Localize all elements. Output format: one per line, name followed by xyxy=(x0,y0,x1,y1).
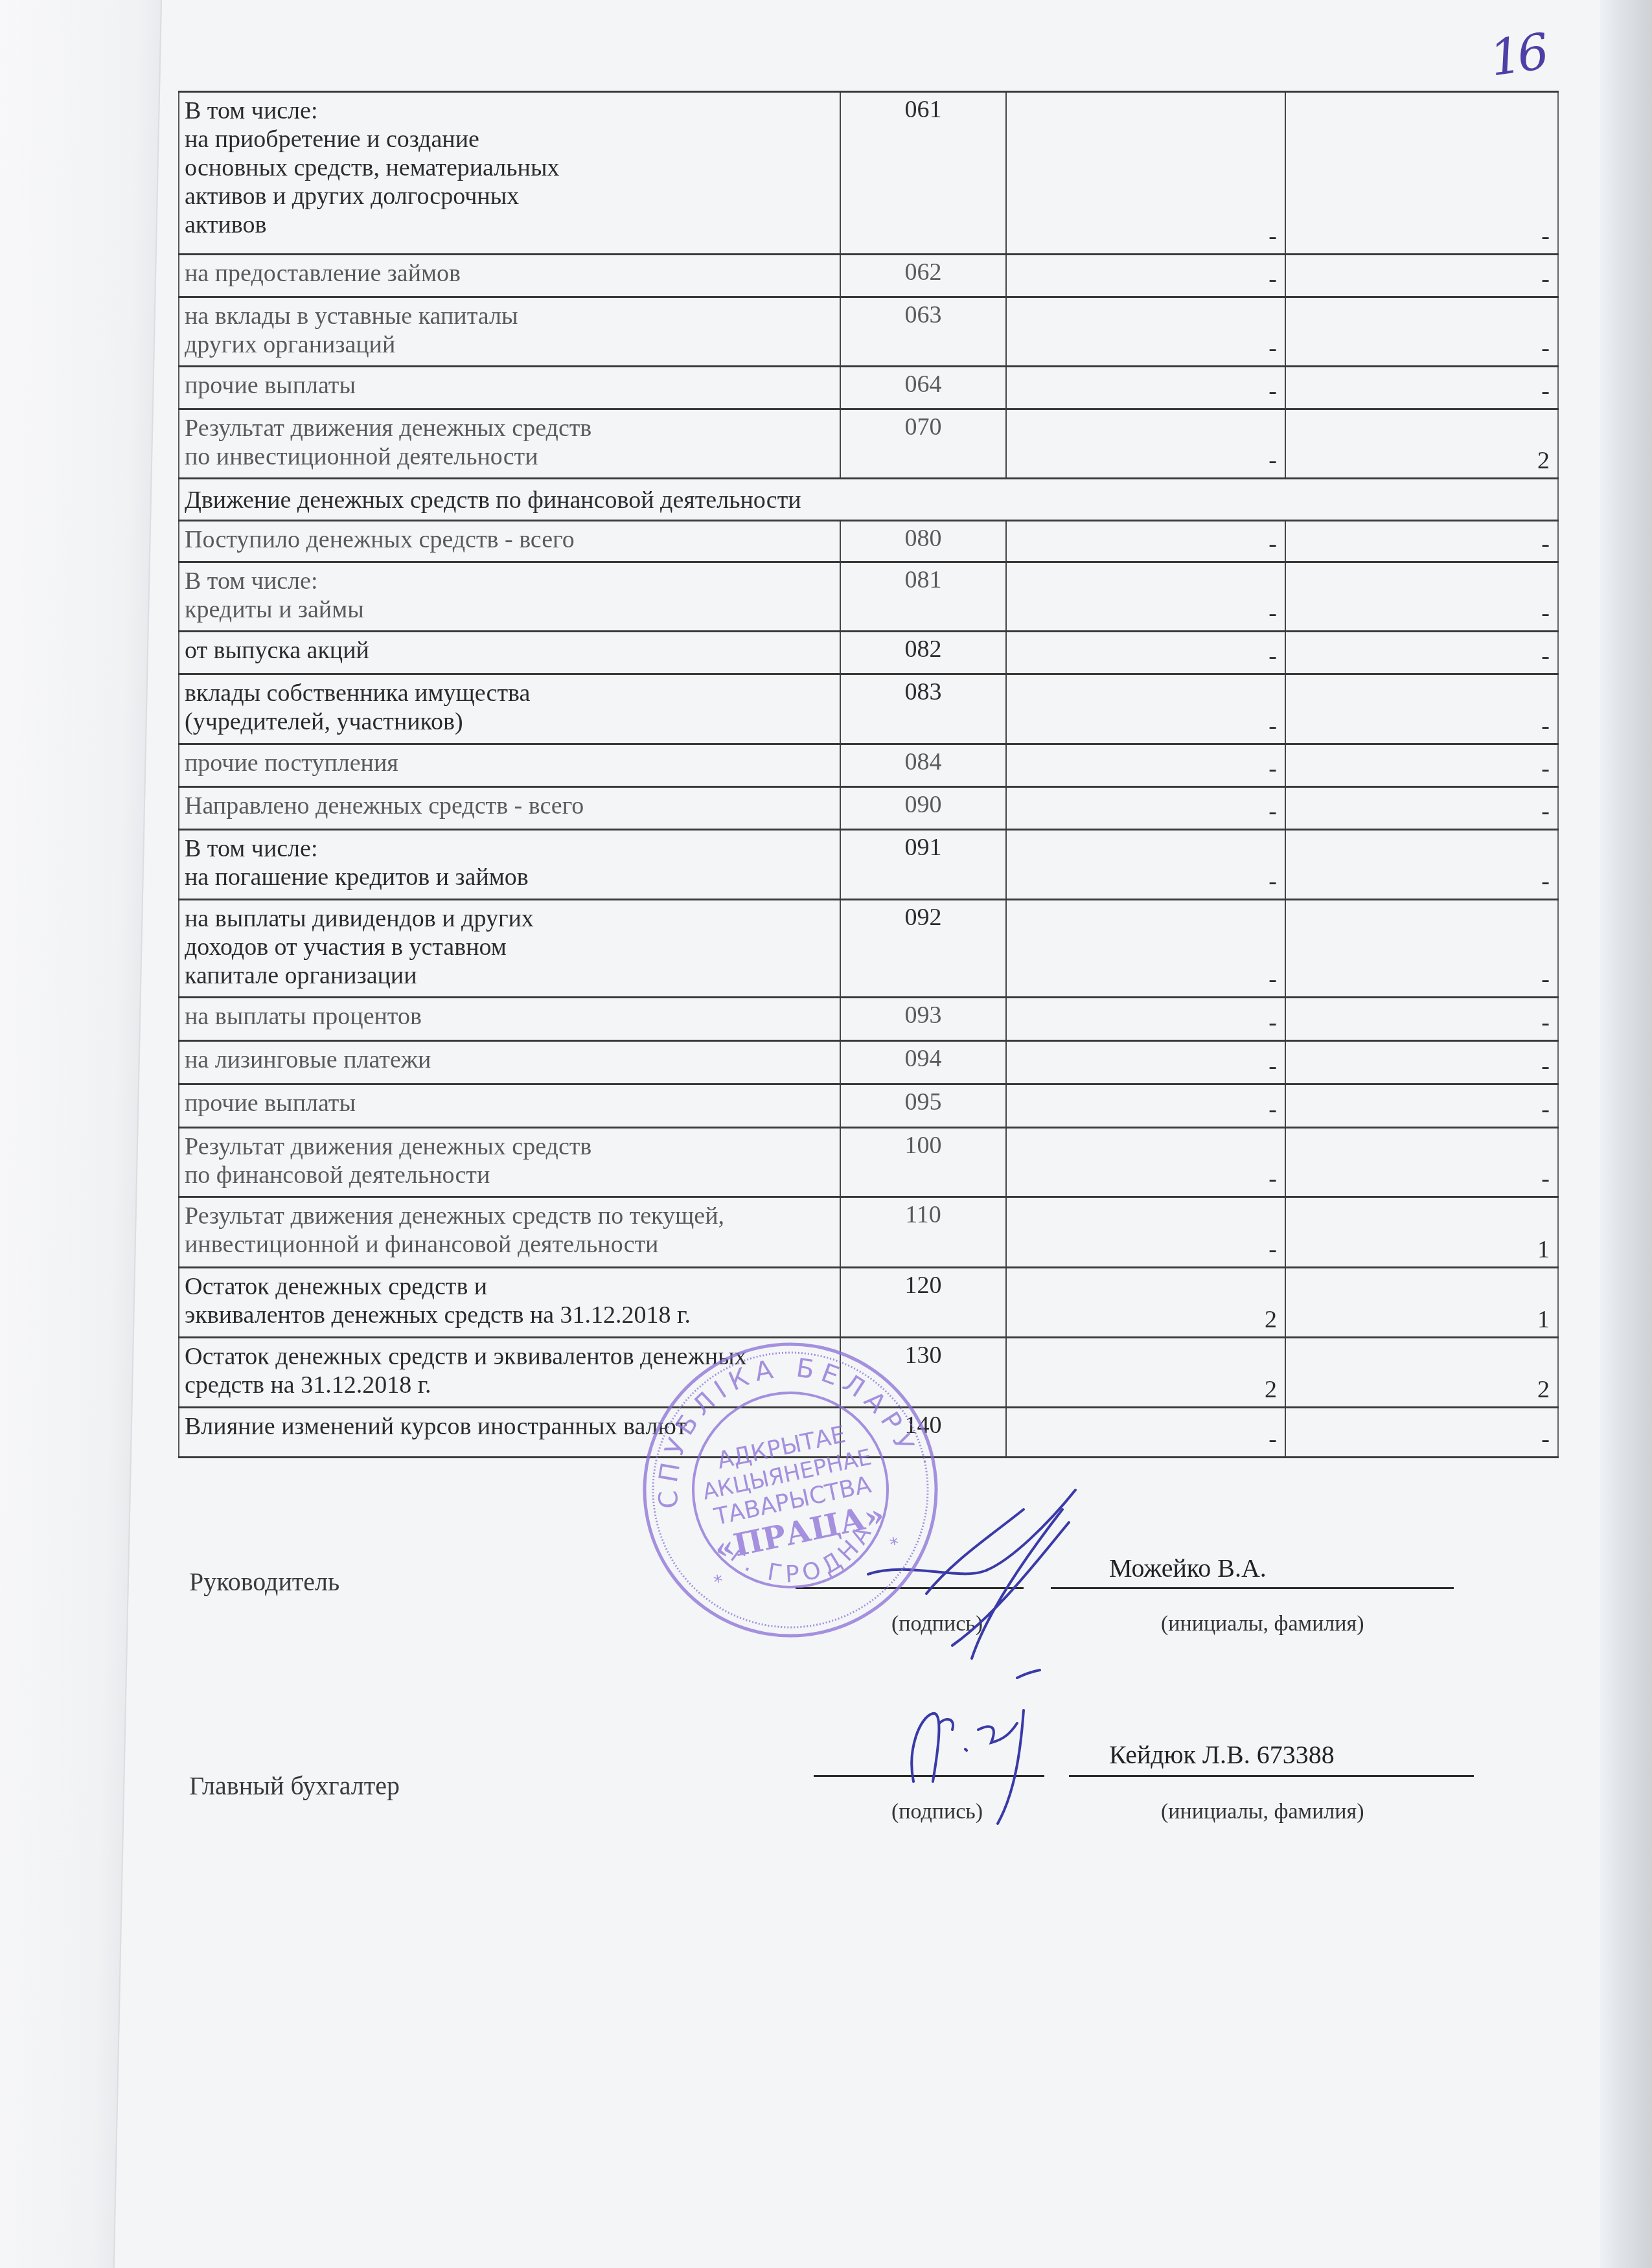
value-current-period: - xyxy=(1005,367,1285,408)
value-current-period-text: - xyxy=(1268,797,1277,826)
row-code: 062 xyxy=(840,255,1005,296)
row-label: В том числе: на погашение кредитов и зай… xyxy=(178,830,840,899)
row-code: 090 xyxy=(840,788,1005,829)
value-previous-period: 1 xyxy=(1285,1198,1559,1266)
value-current-period-text: - xyxy=(1268,530,1277,558)
value-previous-period-text: - xyxy=(1541,222,1550,251)
director-name-line xyxy=(1051,1587,1454,1589)
value-current-period-text: - xyxy=(1268,1009,1277,1037)
value-previous-period: 2 xyxy=(1285,410,1559,477)
value-current-period-text: - xyxy=(1268,1052,1277,1081)
value-current-period: - xyxy=(1005,563,1285,630)
row-label: В том числе: кредиты и займы xyxy=(178,563,840,630)
table-row: на лизинговые платежи094-- xyxy=(178,1040,1559,1083)
value-previous-period: 1 xyxy=(1285,1268,1559,1336)
value-current-period: - xyxy=(1005,788,1285,829)
value-current-period-text: - xyxy=(1268,712,1277,740)
row-label: прочие выплаты xyxy=(178,1085,840,1127)
value-current-period-text: - xyxy=(1268,1165,1277,1193)
value-current-period-text: - xyxy=(1268,334,1277,363)
value-previous-period-text: - xyxy=(1541,1425,1550,1454)
row-code: 061 xyxy=(840,93,1005,253)
row-label: Результат движения денежных средств по ф… xyxy=(178,1128,840,1196)
value-current-period: - xyxy=(1005,1085,1285,1127)
value-previous-period-text: - xyxy=(1541,797,1550,826)
row-label: от выпуска акций xyxy=(178,632,840,673)
value-previous-period-text: - xyxy=(1541,599,1550,628)
value-current-period-text: 2 xyxy=(1265,1375,1277,1404)
value-previous-period-text: - xyxy=(1541,755,1550,783)
value-previous-period-text: - xyxy=(1541,642,1550,670)
table-row: на выплаты процентов093-- xyxy=(178,996,1559,1040)
value-previous-period-text: - xyxy=(1541,1165,1550,1193)
value-current-period: - xyxy=(1005,632,1285,673)
director-name-caption: (инициалы, фамилия) xyxy=(1161,1612,1364,1636)
row-code: 083 xyxy=(840,675,1005,743)
value-current-period-text: - xyxy=(1268,965,1277,994)
value-previous-period: - xyxy=(1285,563,1559,630)
row-label: на лизинговые платежи xyxy=(178,1042,840,1083)
value-previous-period: - xyxy=(1285,367,1559,408)
table-row: В том числе: на приобретение и создание … xyxy=(178,91,1559,253)
chief-accountant-name-line xyxy=(1069,1775,1474,1777)
value-previous-period-text: - xyxy=(1541,867,1550,896)
value-current-period: - xyxy=(1005,521,1285,561)
row-code: 100 xyxy=(840,1128,1005,1196)
value-previous-period-text: - xyxy=(1541,265,1550,293)
value-current-period-text: - xyxy=(1268,222,1277,251)
value-previous-period-text: 1 xyxy=(1537,1305,1550,1334)
value-previous-period-text: - xyxy=(1541,965,1550,994)
value-current-period-text: - xyxy=(1268,642,1277,670)
value-current-period: - xyxy=(1005,1042,1285,1083)
value-current-period: - xyxy=(1005,830,1285,899)
value-current-period: - xyxy=(1005,255,1285,296)
row-label: Результат движения денежных средств по т… xyxy=(178,1198,840,1266)
value-current-period: - xyxy=(1005,410,1285,477)
value-current-period-text: - xyxy=(1268,867,1277,896)
value-current-period: - xyxy=(1005,93,1285,253)
value-previous-period: - xyxy=(1285,521,1559,561)
value-current-period: - xyxy=(1005,1198,1285,1266)
value-previous-period: - xyxy=(1285,632,1559,673)
value-current-period-text: - xyxy=(1268,1235,1277,1264)
value-previous-period: - xyxy=(1285,1408,1559,1456)
table-row: Результат движения денежных средств по т… xyxy=(178,1196,1559,1266)
value-previous-period-text: - xyxy=(1541,712,1550,740)
company-seal-stamp-icon: РЭСПУБЛІКА БЕЛАРУСЬ г. ГРОДНА АДКРЫТАЕ А… xyxy=(610,1309,970,1670)
scan-sheet-edge xyxy=(0,0,162,2268)
table-row: вклады собственника имущества (учредител… xyxy=(178,673,1559,743)
value-current-period: - xyxy=(1005,900,1285,996)
row-label: Направлено денежных средств - всего xyxy=(178,788,840,829)
value-current-period-text: - xyxy=(1268,265,1277,293)
value-previous-period: - xyxy=(1285,745,1559,786)
value-current-period: 2 xyxy=(1005,1268,1285,1336)
value-previous-period-text: - xyxy=(1541,1052,1550,1081)
table-row: на вклады в уставные капиталы других орг… xyxy=(178,296,1559,365)
director-role-label: Руководитель xyxy=(189,1566,339,1597)
value-previous-period-text: 2 xyxy=(1537,1375,1550,1404)
value-current-period-text: - xyxy=(1268,755,1277,783)
table-row: Направлено денежных средств - всего090-- xyxy=(178,786,1559,829)
value-current-period-text: - xyxy=(1268,599,1277,628)
value-current-period-text: - xyxy=(1268,1425,1277,1454)
value-previous-period-text: 2 xyxy=(1537,446,1550,475)
row-label: на выплаты дивидендов и других доходов о… xyxy=(178,900,840,996)
director-name: Можейко В.А. xyxy=(1109,1553,1267,1583)
row-label: Остаток денежных средств и эквивалентов … xyxy=(178,1268,840,1336)
row-label: на предоставление займов xyxy=(178,255,840,296)
row-label: Результат движения денежных средств по и… xyxy=(178,410,840,477)
row-label: вклады собственника имущества (учредител… xyxy=(178,675,840,743)
value-current-period: - xyxy=(1005,998,1285,1040)
svg-text:*: * xyxy=(712,1570,726,1593)
row-label: на выплаты процентов xyxy=(178,998,840,1040)
chief-accountant-name: Кейдюк Л.В. 673388 xyxy=(1109,1739,1335,1770)
value-current-period: - xyxy=(1005,745,1285,786)
value-previous-period-text: 1 xyxy=(1537,1235,1550,1264)
value-previous-period: - xyxy=(1285,1085,1559,1127)
row-code: 080 xyxy=(840,521,1005,561)
value-previous-period-text: - xyxy=(1541,377,1550,406)
row-code: 094 xyxy=(840,1042,1005,1083)
row-code: 063 xyxy=(840,298,1005,365)
table-row: от выпуска акций082-- xyxy=(178,630,1559,673)
value-previous-period: - xyxy=(1285,900,1559,996)
value-current-period-text: - xyxy=(1268,377,1277,406)
row-code: 091 xyxy=(840,830,1005,899)
table-row: прочие выплаты095-- xyxy=(178,1083,1559,1127)
value-current-period: 2 xyxy=(1005,1338,1285,1406)
table-row: прочие выплаты064-- xyxy=(178,365,1559,408)
chief-accountant-name-caption: (инициалы, фамилия) xyxy=(1161,1800,1364,1824)
chief-accountant-handwritten-signature-icon xyxy=(894,1658,1062,1827)
value-previous-period-text: - xyxy=(1541,1095,1550,1124)
value-previous-period: - xyxy=(1285,1128,1559,1196)
row-label: прочие выплаты xyxy=(178,367,840,408)
row-code: 110 xyxy=(840,1198,1005,1266)
row-code: 092 xyxy=(840,900,1005,996)
row-code: 084 xyxy=(840,745,1005,786)
section-header-label: Движение денежных средств по финансовой … xyxy=(178,479,1559,520)
row-code: 093 xyxy=(840,998,1005,1040)
svg-text:*: * xyxy=(888,1533,902,1555)
scan-shadow xyxy=(1600,0,1652,2268)
row-label: Поступило денежных средств - всего xyxy=(178,521,840,561)
table-row: В том числе: кредиты и займы081-- xyxy=(178,561,1559,630)
handwritten-page-number: 16 xyxy=(1486,23,1548,87)
value-previous-period: - xyxy=(1285,675,1559,743)
value-previous-period: - xyxy=(1285,255,1559,296)
value-previous-period: 2 xyxy=(1285,1338,1559,1406)
value-previous-period-text: - xyxy=(1541,334,1550,363)
table-row: Поступило денежных средств - всего080-- xyxy=(178,520,1559,561)
value-current-period: - xyxy=(1005,1408,1285,1456)
value-current-period-text: 2 xyxy=(1265,1305,1277,1334)
row-code: 064 xyxy=(840,367,1005,408)
chief-accountant-role-label: Главный бухгалтер xyxy=(189,1770,400,1801)
row-label: В том числе: на приобретение и создание … xyxy=(178,93,840,253)
value-current-period: - xyxy=(1005,298,1285,365)
row-code: 082 xyxy=(840,632,1005,673)
row-code: 081 xyxy=(840,563,1005,630)
value-previous-period-text: - xyxy=(1541,1009,1550,1037)
row-label: на вклады в уставные капиталы других орг… xyxy=(178,298,840,365)
value-current-period: - xyxy=(1005,675,1285,743)
value-previous-period: - xyxy=(1285,830,1559,899)
value-current-period: - xyxy=(1005,1128,1285,1196)
value-previous-period: - xyxy=(1285,998,1559,1040)
value-previous-period: - xyxy=(1285,1042,1559,1083)
row-code: 070 xyxy=(840,410,1005,477)
row-label: прочие поступления xyxy=(178,745,840,786)
table-row: В том числе: на погашение кредитов и зай… xyxy=(178,829,1559,899)
table-row: Результат движения денежных средств по и… xyxy=(178,408,1559,477)
table-row: Результат движения денежных средств по ф… xyxy=(178,1127,1559,1196)
table-row: на выплаты дивидендов и других доходов о… xyxy=(178,899,1559,996)
value-previous-period-text: - xyxy=(1541,530,1550,558)
value-previous-period: - xyxy=(1285,788,1559,829)
value-current-period-text: - xyxy=(1268,1095,1277,1124)
section-header-row: Движение денежных средств по финансовой … xyxy=(178,477,1559,520)
table-row: прочие поступления084-- xyxy=(178,743,1559,786)
row-code: 095 xyxy=(840,1085,1005,1127)
value-previous-period: - xyxy=(1285,298,1559,365)
value-current-period-text: - xyxy=(1268,446,1277,475)
table-row: на предоставление займов062-- xyxy=(178,253,1559,296)
value-previous-period: - xyxy=(1285,93,1559,253)
